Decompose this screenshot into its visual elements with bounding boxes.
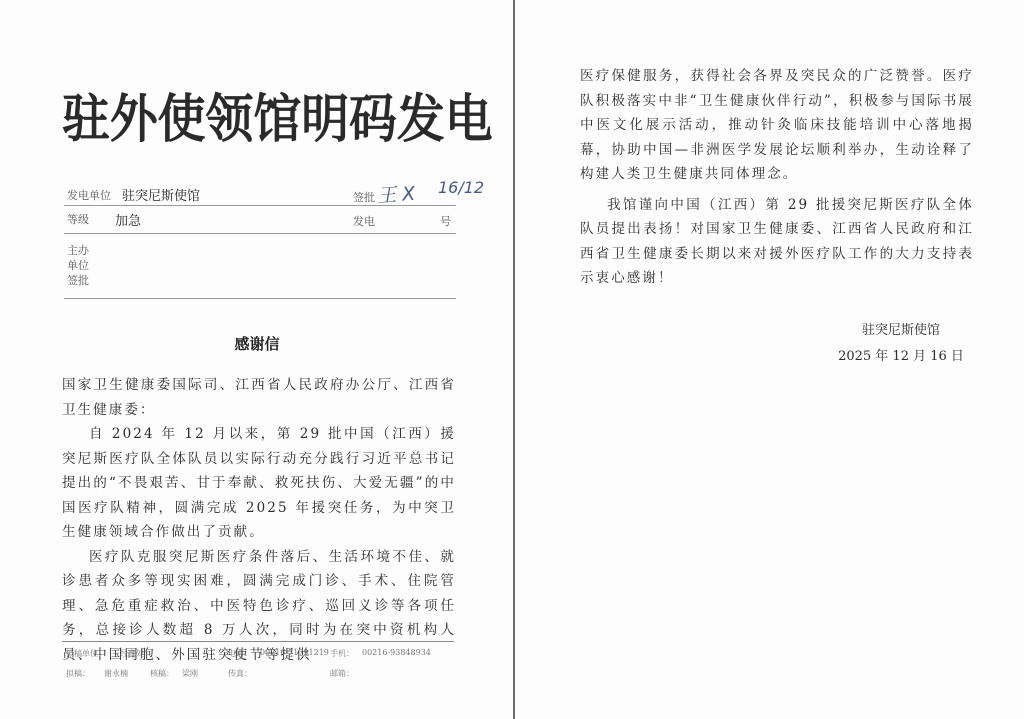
priority-value: 加急 <box>115 210 141 229</box>
header-rule-3 <box>64 298 456 299</box>
document-page-left: 驻外使领馆明码发电 发电单位 驻突尼斯使馆 签批 王 X 16/12 等级 加急… <box>0 0 514 719</box>
drafter-value: 谢永楠 <box>104 668 128 679</box>
letter-title: 感谢信 <box>0 333 514 354</box>
dept-label-line3: 签批 <box>67 272 89 288</box>
header-rule-2 <box>64 233 456 234</box>
sender-label: 发电单位 <box>67 187 111 203</box>
header-rule-1 <box>64 205 456 206</box>
priority-label: 等级 <box>67 211 89 227</box>
paragraph-1: 自 2024 年 12 月以来，第 29 批中国（江西）援突尼斯医疗队全体队员以… <box>62 422 456 545</box>
sender-value: 驻突尼斯使馆 <box>122 185 200 204</box>
fax-label: 传真： <box>228 668 252 679</box>
approval-signature: 王 X <box>376 179 416 209</box>
reviewer-label: 核稿： <box>150 668 174 679</box>
dept-label-line1: 主办 <box>67 242 89 258</box>
reviewer-value: 梁刚 <box>182 668 198 679</box>
page-divider <box>513 0 515 719</box>
phone-value: 00216-71791219 <box>260 648 329 657</box>
drafter-label: 拟稿： <box>66 668 90 679</box>
cable-label: 发电 <box>353 213 375 229</box>
signature-block: 驻突尼斯使馆 2025 年 12 月 16 日 <box>826 318 976 370</box>
letter-body-right: 医疗保健服务，获得社会各界及突民众的广泛赞誉。医疗队积极落实中非“卫生健康伙伴行… <box>580 64 974 291</box>
approval-label: 签批 <box>353 189 375 205</box>
footer-rule <box>62 641 454 642</box>
masthead-title: 驻外使领馆明码发电 <box>62 88 430 152</box>
approval-date: 16/12 <box>438 178 484 197</box>
mobile-value: 00216-93848934 <box>362 648 431 657</box>
cable-number-suffix: 号 <box>440 213 451 229</box>
phone-label: 电话： <box>228 648 252 659</box>
email-label: 邮箱： <box>330 668 354 679</box>
drafting-unit-value: 经商处 <box>120 648 144 659</box>
document-page-right: 医疗保健服务，获得社会各界及突民众的广泛赞誉。医疗队积极落实中非“卫生健康伙伴行… <box>516 0 1024 719</box>
paragraph-2-continued: 医疗保健服务，获得社会各界及突民众的广泛赞誉。医疗队积极落实中非“卫生健康伙伴行… <box>580 64 974 187</box>
salutation: 国家卫生健康委国际司、江西省人民政府办公厅、江西省卫生健康委： <box>62 373 456 422</box>
letter-date: 2025 年 12 月 16 日 <box>826 344 976 370</box>
letter-body-left: 国家卫生健康委国际司、江西省人民政府办公厅、江西省卫生健康委： 自 2024 年… <box>62 373 456 667</box>
signatory: 驻突尼斯使馆 <box>826 318 976 344</box>
paragraph-3: 我馆谨向中国（江西）第 29 批援突尼斯医疗队全体队员提出表扬！对国家卫生健康委… <box>580 193 974 291</box>
drafting-unit-label: 拟稿单位： <box>66 648 106 659</box>
dept-label-line2: 单位 <box>67 257 89 273</box>
mobile-label: 手机： <box>330 648 354 659</box>
